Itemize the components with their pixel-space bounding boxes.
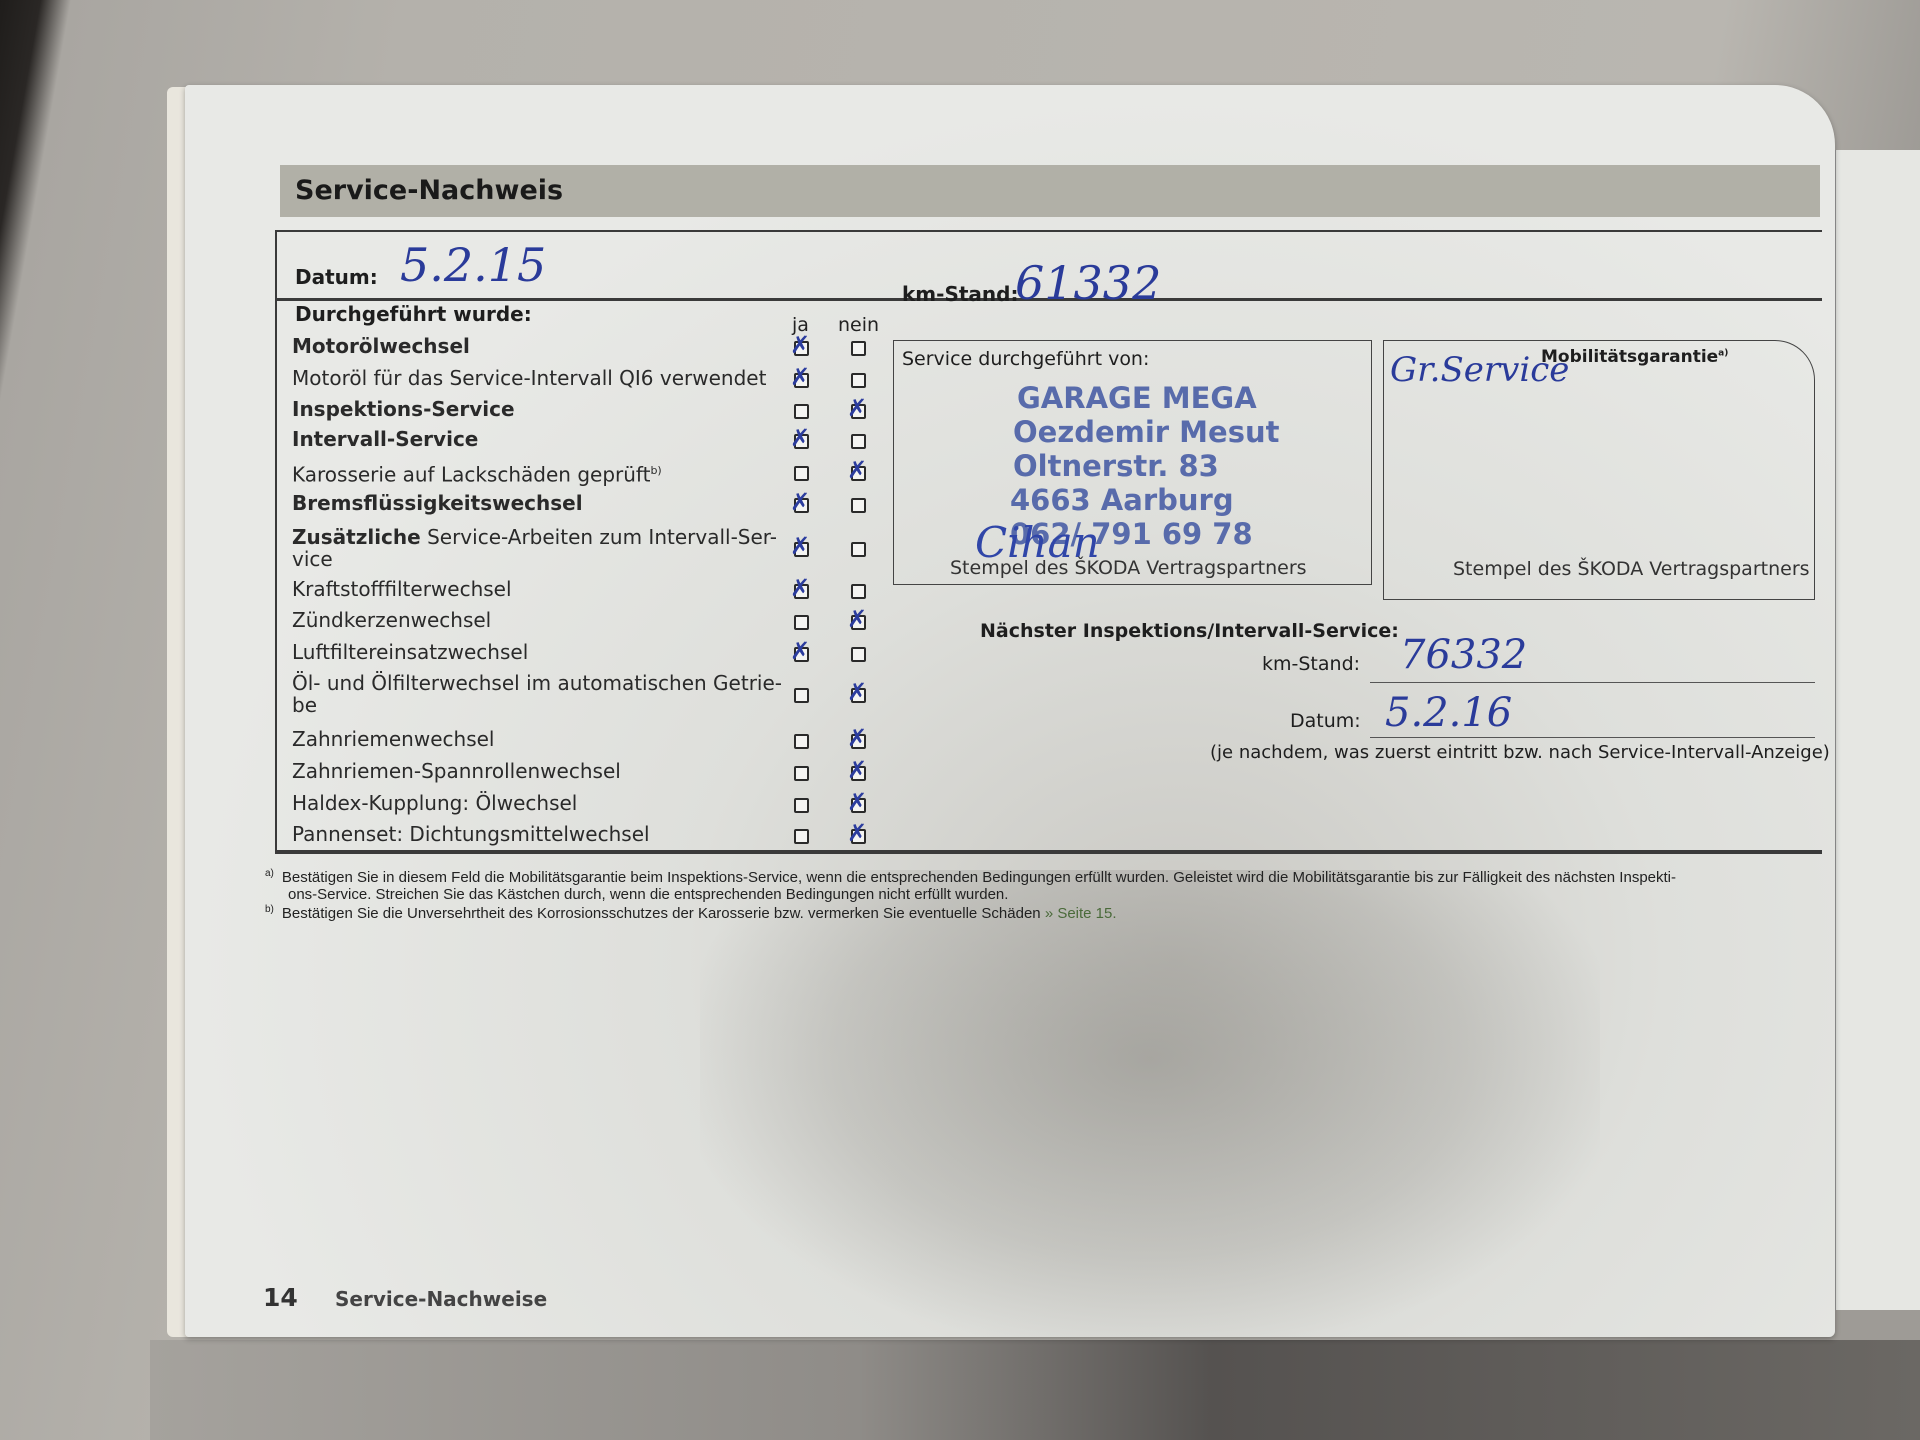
next-datum-value[interactable]: 5.2.16 <box>1385 690 1512 736</box>
item-label: Inspektions-Service <box>292 398 515 420</box>
checkbox-nein[interactable] <box>851 373 866 388</box>
checkbox-nein[interactable] <box>851 466 866 481</box>
checkbox-nein[interactable] <box>851 498 866 513</box>
checkbox-nein[interactable] <box>851 615 866 630</box>
checkbox-nein[interactable] <box>851 584 866 599</box>
checkbox-ja[interactable] <box>794 829 809 844</box>
item-label: Öl- und Ölfilterwechsel im automatischen… <box>292 672 782 716</box>
footnote-b: b)Bestätigen Sie die Unversehrtheit des … <box>265 904 1117 922</box>
km-stand-value[interactable]: 61332 <box>1015 256 1161 310</box>
checkbox-nein[interactable] <box>851 404 866 419</box>
next-km-label: km-Stand: <box>1262 653 1360 675</box>
checkbox-nein[interactable] <box>851 829 866 844</box>
checkbox-nein[interactable] <box>851 434 866 449</box>
checkbox-nein[interactable] <box>851 542 866 557</box>
footnote-a-cont: ons-Service. Streichen Sie das Kästchen … <box>288 886 1008 903</box>
column-nein: nein <box>838 314 879 336</box>
checkbox-ja[interactable] <box>794 584 809 599</box>
service-by-caption: Stempel des ŠKODA Vertragspartners <box>950 557 1307 579</box>
item-label: Haldex-Kupplung: Ölwechsel <box>292 792 577 814</box>
checkbox-nein[interactable] <box>851 734 866 749</box>
checkbox-nein[interactable] <box>851 766 866 781</box>
stamp-line: Oezdemir Mesut <box>1013 416 1279 448</box>
next-page-edge <box>1835 150 1920 1310</box>
item-label: Motoröl für das Service-Intervall QI6 ve… <box>292 367 766 389</box>
mobility-handwritten[interactable]: Gr.Service <box>1390 350 1569 390</box>
checkbox-ja[interactable] <box>794 734 809 749</box>
checkbox-nein[interactable] <box>851 647 866 662</box>
checkbox-ja[interactable] <box>794 688 809 703</box>
checkbox-ja[interactable] <box>794 798 809 813</box>
checkbox-ja[interactable] <box>794 373 809 388</box>
checkbox-nein[interactable] <box>851 798 866 813</box>
next-datum-line <box>1370 737 1815 738</box>
checkbox-ja[interactable] <box>794 341 809 356</box>
item-label: Zündkerzenwechsel <box>292 609 491 631</box>
next-datum-label: Datum: <box>1290 710 1361 732</box>
next-service-title: Nächster Inspektions/Intervall-Service: <box>980 620 1399 642</box>
service-by-label: Service durchgeführt von: <box>902 348 1149 370</box>
item-label: Karosserie auf Lackschäden geprüftb) <box>292 460 662 486</box>
item-label: Kraftstofffilterwechsel <box>292 578 512 600</box>
stamp-line: GARAGE MEGA <box>1017 382 1257 414</box>
item-label: Zusätzliche Service-Arbeiten zum Interva… <box>292 526 777 570</box>
checkbox-ja[interactable] <box>794 766 809 781</box>
booklet-cover <box>150 1340 1920 1440</box>
checkbox-ja[interactable] <box>794 404 809 419</box>
checkbox-ja[interactable] <box>794 498 809 513</box>
stamp-line: 4663 Aarburg <box>1010 484 1234 516</box>
item-label: Bremsflüssigkeitswechsel <box>292 492 583 514</box>
next-km-line <box>1370 682 1815 683</box>
mobility-caption: Stempel des ŠKODA Vertragspartners <box>1453 558 1810 580</box>
page-number: 14 <box>263 1283 298 1312</box>
page-footer-title: Service-Nachweise <box>335 1287 547 1311</box>
item-label: Motorölwechsel <box>292 335 470 357</box>
checkbox-nein[interactable] <box>851 688 866 703</box>
page-15-link[interactable]: » Seite 15. <box>1045 905 1117 922</box>
checkbox-ja[interactable] <box>794 466 809 481</box>
item-label: Pannenset: Dichtungsmittelwechsel <box>292 823 650 845</box>
item-label: Zahnriemen-Spannrollenwechsel <box>292 760 621 782</box>
km-stand-label: km-Stand: <box>902 282 1018 306</box>
item-label: Luftfiltereinsatzwechsel <box>292 641 528 663</box>
checkbox-ja[interactable] <box>794 434 809 449</box>
checkbox-nein[interactable] <box>851 341 866 356</box>
item-label: Intervall-Service <box>292 428 478 450</box>
item-label: Zahnriemenwechsel <box>292 728 494 750</box>
performed-label: Durchgeführt wurde: <box>295 302 532 326</box>
stamp-line: Oltnerstr. 83 <box>1013 450 1219 482</box>
divider <box>277 850 1822 853</box>
page-title: Service-Nachweis <box>295 175 563 206</box>
checkbox-ja[interactable] <box>794 647 809 662</box>
next-km-value[interactable]: 76332 <box>1400 632 1527 678</box>
datum-label: Datum: <box>295 265 378 289</box>
checkbox-ja[interactable] <box>794 542 809 557</box>
datum-value[interactable]: 5.2.15 <box>400 238 546 292</box>
footnote-a: a)Bestätigen Sie in diesem Feld die Mobi… <box>265 868 1676 886</box>
checkbox-ja[interactable] <box>794 615 809 630</box>
next-service-note: (je nachdem, was zuerst eintritt bzw. na… <box>1210 742 1830 763</box>
